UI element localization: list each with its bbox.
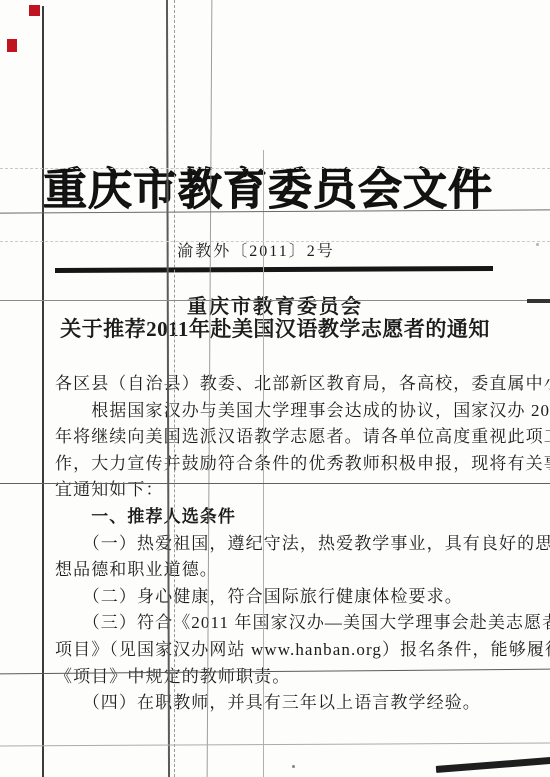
scan-page-edge-shadow xyxy=(436,756,550,772)
red-registration-mark-left xyxy=(7,39,17,52)
scan-crease-horizontal-dashed-docnumber xyxy=(0,241,550,242)
body-text-line: 作，大力宣传并鼓励符合条件的优秀教师积极申报，现将有关事 xyxy=(55,449,525,476)
letterhead-divider-rule xyxy=(55,266,493,272)
scan-crease-horizontal-dashed-top xyxy=(0,168,550,169)
scanned-document-page: 重庆市教育委员会文件 渝教外〔2011〕2号 重庆市教育委员会 关于推荐2011… xyxy=(0,0,550,777)
document-title-subject: 关于推荐2011年赴美国汉语教学志愿者的通知 xyxy=(0,313,550,343)
body-text-line: 项目》（见国家汉办网站 www.hanban.org）报名条件，能够履行 xyxy=(55,635,525,662)
scan-crease-vertical-dotted xyxy=(174,0,175,777)
body-text-line: 想品德和职业道德。 xyxy=(55,555,525,582)
scan-noise-speck xyxy=(536,243,539,246)
body-text-line: 年将继续向美国选派汉语教学志愿者。请各单位高度重视此项工 xyxy=(55,422,525,449)
body-text-line: 《项目》中规定的教师职责。 xyxy=(55,662,525,689)
scan-noise-speck xyxy=(292,765,295,768)
scan-crease-horizontal-title xyxy=(0,300,550,301)
scan-crease-vertical-left xyxy=(42,6,44,777)
letterhead-title: 重庆市教育委员会文件 xyxy=(0,167,543,213)
scan-crease-dark-right-cap xyxy=(527,299,550,303)
body-text-line: （一）热爱祖国，遵纪守法，热爱教学事业，具有良好的思 xyxy=(55,529,525,556)
body-text-line: （三）符合《2011 年国家汉办—美国大学理事会赴美志愿者 xyxy=(55,608,525,635)
red-registration-mark-top xyxy=(29,5,40,16)
scan-crease-horizontal-middle xyxy=(0,483,550,484)
body-text-line: （二）身心健康，符合国际旅行健康体检要求。 xyxy=(55,582,525,609)
body-text-line: 根据国家汉办与美国大学理事会达成的协议，国家汉办 2011 xyxy=(55,396,525,423)
document-body: 各区县（自治县）教委、北部新区教育局，各高校，委直属中小学： 根据国家汉办与美国… xyxy=(55,369,525,715)
body-text-line: 一、推荐人选条件 xyxy=(55,502,525,529)
body-text-line: （四）在职教师，并具有三年以上语言教学经验。 xyxy=(55,688,525,715)
body-text-line: 宜通知如下： xyxy=(55,475,525,502)
body-text-line: 各区县（自治县）教委、北部新区教育局，各高校，委直属中小学： xyxy=(55,369,525,396)
scan-crease-vertical-4 xyxy=(263,150,264,777)
scan-crease-horizontal-bottom xyxy=(0,743,550,747)
